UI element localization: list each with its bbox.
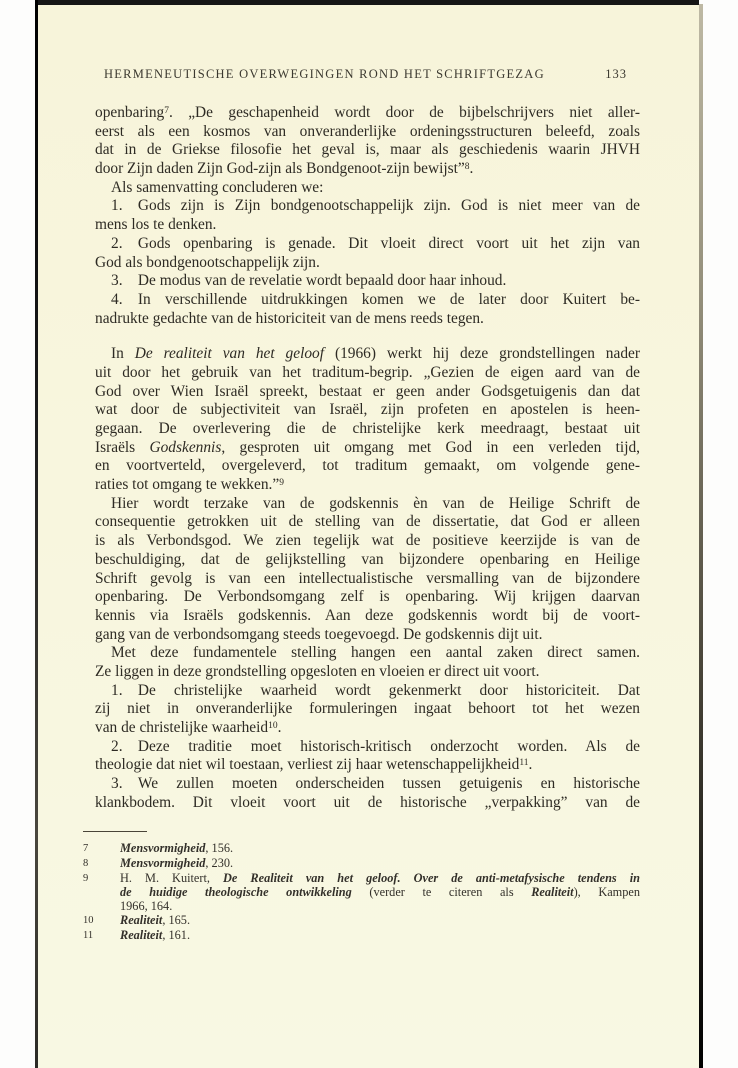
text-segment: mens los te denken. [95,216,216,233]
text-segment: van de christelijke waarheid [95,719,268,736]
paragraph: 1. Gods zijn is Zijn bondgenootschappeli… [95,197,640,234]
text-segment: nadrukte gedachte van de historiciteit v… [95,310,484,327]
paragraph: In De realiteit van het geloof (1966) we… [95,345,640,495]
text-line: van de christelijke waarheid10. [95,719,640,738]
paragraph: 3. We zullen moeten onderscheiden tussen… [95,775,640,812]
paragraph: 2. Deze traditie moet historisch-kritisc… [95,738,640,775]
text-segment: gang van de verbondsomgang steeds toegev… [95,626,543,643]
text-segment: 1. De christelijke waarheid wordt gekenm… [111,682,640,699]
text-segment: (verder te citeren als [352,885,531,899]
header-title: HERMENEUTISCHE OVERWEGINGEN ROND HET SCH… [95,67,545,82]
text-line: nadrukte gedachte van de historiciteit v… [95,310,640,329]
paragraph: 3. De modus van de revelatie wordt bepaa… [95,272,640,291]
text-line: 1966, 164. [120,899,640,913]
text-segment: Schrift gevolg is van een intellectualis… [95,570,640,587]
scan-edge-right [699,4,703,1068]
footnote-item: 8Mensvormigheid, 230. [83,856,640,871]
text-segment: Realiteit [531,885,573,899]
footnote-number: 11 [83,928,120,943]
text-segment: God over Wien Israël spreekt, bestaat er… [95,383,640,400]
text-line: openbaring7. „De geschapenheid wordt doo… [95,104,640,123]
text-line: 4. In verschillende uitdrukkingen komen … [95,291,640,310]
paragraph: openbaring7. „De geschapenheid wordt doo… [95,104,640,179]
text-segment: kennis via Israëls godskennis. Aan deze … [95,607,640,624]
text-segment: theologie dat niet wil toestaan, verlies… [95,756,519,773]
text-segment: , 230. [205,856,233,870]
text-segment: . [529,756,533,773]
text-line: zij niet in onveranderlijke formuleringe… [95,700,640,719]
text-line: 1. Gods zijn is Zijn bondgenootschappeli… [95,197,640,216]
text-line: uit door het gebruik van het traditum-be… [95,364,640,383]
footnote-number: 9 [83,871,120,913]
footnote-item: 7Mensvormigheid, 156. [83,841,640,856]
text-segment: beschuldiging, dat de gelijkstelling van… [95,551,640,568]
text-line: Met deze fundamentele stelling hangen ee… [95,644,640,663]
text-line: mens los te denken. [95,216,640,235]
footnote-number: 8 [83,856,120,871]
footnote-rule [83,831,147,832]
text-segment: Realiteit [120,928,162,942]
footnote-text: Mensvormigheid, 156. [120,841,640,856]
footnote-text: H. M. Kuitert, De Realiteit van het gelo… [120,871,640,913]
footnote-marker: 10 [268,721,278,731]
text-segment: , 156. [205,841,233,855]
text-segment: Met deze fundamentele stelling hangen ee… [111,644,640,661]
text-line: raties tot omgang te wekken.”9 [95,476,640,495]
text-line: dat in de Griekse filosofie het geval is… [95,141,640,160]
text-segment: Godskennis [150,439,222,456]
text-line: God als bondgenootschappelijk zijn. [95,254,640,273]
footnote-text: Realiteit, 161. [120,928,640,943]
text-line: wat door de subjectiviteit van Israël, z… [95,401,640,420]
text-line: Realiteit, 161. [120,928,640,942]
text-line: 1. De christelijke waarheid wordt gekenm… [95,682,640,701]
running-header: HERMENEUTISCHE OVERWEGINGEN ROND HET SCH… [95,67,640,82]
text-segment: consequentie getrokken uit de stelling v… [95,513,640,530]
footnote-marker: 7 [164,106,169,116]
footnote-number: 7 [83,841,120,856]
text-line: 3. We zullen moeten onderscheiden tussen… [95,775,640,794]
text-line: 3. De modus van de revelatie wordt bepaa… [95,272,640,291]
text-segment: uit door het gebruik van het traditum-be… [95,364,640,381]
text-segment: door Zijn daden Zijn God-zijn als Bondge… [95,160,465,177]
text-segment: De realiteit van het geloof [135,345,324,362]
text-segment: 2. Gods openbaring is genade. Dit vloeit… [111,235,640,252]
text-line: eerst als een kosmos van onveranderlijke… [95,123,640,142]
paragraph: 4. In verschillende uitdrukkingen komen … [95,291,640,328]
text-line: H. M. Kuitert, De Realiteit van het gelo… [120,871,640,885]
text-segment: 1. Gods zijn is Zijn bondgenootschappeli… [111,197,640,214]
text-line: beschuldiging, dat de gelijkstelling van… [95,551,640,570]
text-segment: en voortverteld, overgeleverd, tot tradi… [95,457,640,474]
text-segment: . [469,160,473,177]
text-segment: (1966) werkt hij deze grondstellingen na… [324,345,640,362]
text-line: consequentie getrokken uit de stelling v… [95,513,640,532]
footnote-item: 11Realiteit, 161. [83,928,640,943]
text-segment: Mensvormigheid [120,856,205,870]
text-segment: Als samenvatting concluderen we: [111,179,323,196]
text-segment: 3. De modus van de revelatie wordt bepaa… [111,272,506,289]
page-number: 133 [605,67,627,82]
footnote-marker: 11 [519,758,528,768]
text-segment: 4. In verschillende uitdrukkingen komen … [111,291,640,308]
text-line: Realiteit, 165. [120,913,640,927]
text-line: 2. Deze traditie moet historisch-kritisc… [95,738,640,757]
text-segment: In [111,345,135,362]
text-segment: 2. Deze traditie moet historisch-kritisc… [111,738,640,755]
text-line: Israëls Godskennis, gesproten uit omgang… [95,439,640,458]
text-line: en voortverteld, overgeleverd, tot tradi… [95,457,640,476]
text-segment: ), Kampen [574,885,640,899]
body-text: openbaring7. „De geschapenheid wordt doo… [95,104,640,812]
book-page: HERMENEUTISCHE OVERWEGINGEN ROND HET SCH… [38,5,699,1068]
text-segment: Mensvormigheid [120,841,205,855]
text-segment: eerst als een kosmos van onveranderlijke… [95,123,640,140]
text-line: In De realiteit van het geloof (1966) we… [95,345,640,364]
text-segment: 3. We zullen moeten onderscheiden tussen… [111,775,640,792]
footnote-item: 9H. M. Kuitert, De Realiteit van het gel… [83,871,640,913]
text-line: theologie dat niet wil toestaan, verlies… [95,756,640,775]
text-segment: Ze liggen in deze grondstelling opgeslot… [95,663,540,680]
text-segment: , gesproten uit omgang met God in een ve… [221,439,640,456]
text-line: kennis via Israëls godskennis. Aan deze … [95,607,640,626]
text-segment: dat in de Griekse filosofie het geval is… [95,141,640,158]
text-segment: Hier wordt terzake van de godskennis èn … [111,495,640,512]
footnote-marker: 9 [279,478,284,488]
paragraph: Met deze fundamentele stelling hangen ee… [95,644,640,681]
text-segment: openbaring. De Verbondsomgang zelf is op… [95,588,640,605]
text-segment: klankbodem. Dit vloeit voort uit de hist… [95,794,640,811]
text-segment: 1966, 164. [120,899,172,913]
paragraph: Hier wordt terzake van de godskennis èn … [95,495,640,645]
text-line: door Zijn daden Zijn God-zijn als Bondge… [95,160,640,179]
text-segment: , 165. [162,913,190,927]
text-line: Mensvormigheid, 156. [120,841,640,855]
text-segment: H. M. Kuitert, [120,871,223,885]
text-segment: is als Verbondsgod. We zien tegelijk wat… [95,532,640,549]
footnotes: 7Mensvormigheid, 156.8Mensvormigheid, 23… [83,841,640,943]
text-line: de huidige theologische ontwikkeling (ve… [120,885,640,899]
text-line: openbaring. De Verbondsomgang zelf is op… [95,588,640,607]
text-line: is als Verbondsgod. We zien tegelijk wat… [95,532,640,551]
text-line: gang van de verbondsomgang steeds toegev… [95,626,640,645]
text-segment: , 161. [162,928,190,942]
paragraph: 2. Gods openbaring is genade. Dit vloeit… [95,235,640,272]
text-segment: Realiteit [120,913,162,927]
text-segment: De Realiteit van het geloof. Over de ant… [223,871,640,885]
footnote-text: Realiteit, 165. [120,913,640,928]
text-line: God over Wien Israël spreekt, bestaat er… [95,383,640,402]
text-segment: God als bondgenootschappelijk zijn. [95,254,320,271]
text-line: Hier wordt terzake van de godskennis èn … [95,495,640,514]
text-segment: wat door de subjectiviteit van Israël, z… [95,401,640,418]
footnote-text: Mensvormigheid, 230. [120,856,640,871]
text-segment: openbaring [95,104,164,121]
text-segment: de huidige theologische ontwikkeling [120,885,352,899]
footnote-marker: 8 [465,162,470,172]
text-line: Schrift gevolg is van een intellectualis… [95,570,640,589]
text-line: Mensvormigheid, 230. [120,856,640,870]
text-segment: . [278,719,282,736]
text-segment: gegaan. De overlevering die de christeli… [95,420,640,437]
text-line: Als samenvatting concluderen we: [95,179,640,198]
text-segment: zij niet in onveranderlijke formuleringe… [95,700,640,717]
text-line: klankbodem. Dit vloeit voort uit de hist… [95,794,640,813]
paragraph: Als samenvatting concluderen we: [95,179,640,198]
footnote-number: 10 [83,913,120,928]
footnote-item: 10Realiteit, 165. [83,913,640,928]
text-line: gegaan. De overlevering die de christeli… [95,420,640,439]
text-segment: raties tot omgang te wekken.” [95,476,279,493]
text-segment: . „De geschapenheid wordt door de bijbel… [169,104,640,121]
text-line: Ze liggen in deze grondstelling opgeslot… [95,663,640,682]
text-line: 2. Gods openbaring is genade. Dit vloeit… [95,235,640,254]
paragraph: 1. De christelijke waarheid wordt gekenm… [95,682,640,738]
text-segment: Israëls [95,439,150,456]
scanned-book-page: HERMENEUTISCHE OVERWEGINGEN ROND HET SCH… [0,0,738,1068]
